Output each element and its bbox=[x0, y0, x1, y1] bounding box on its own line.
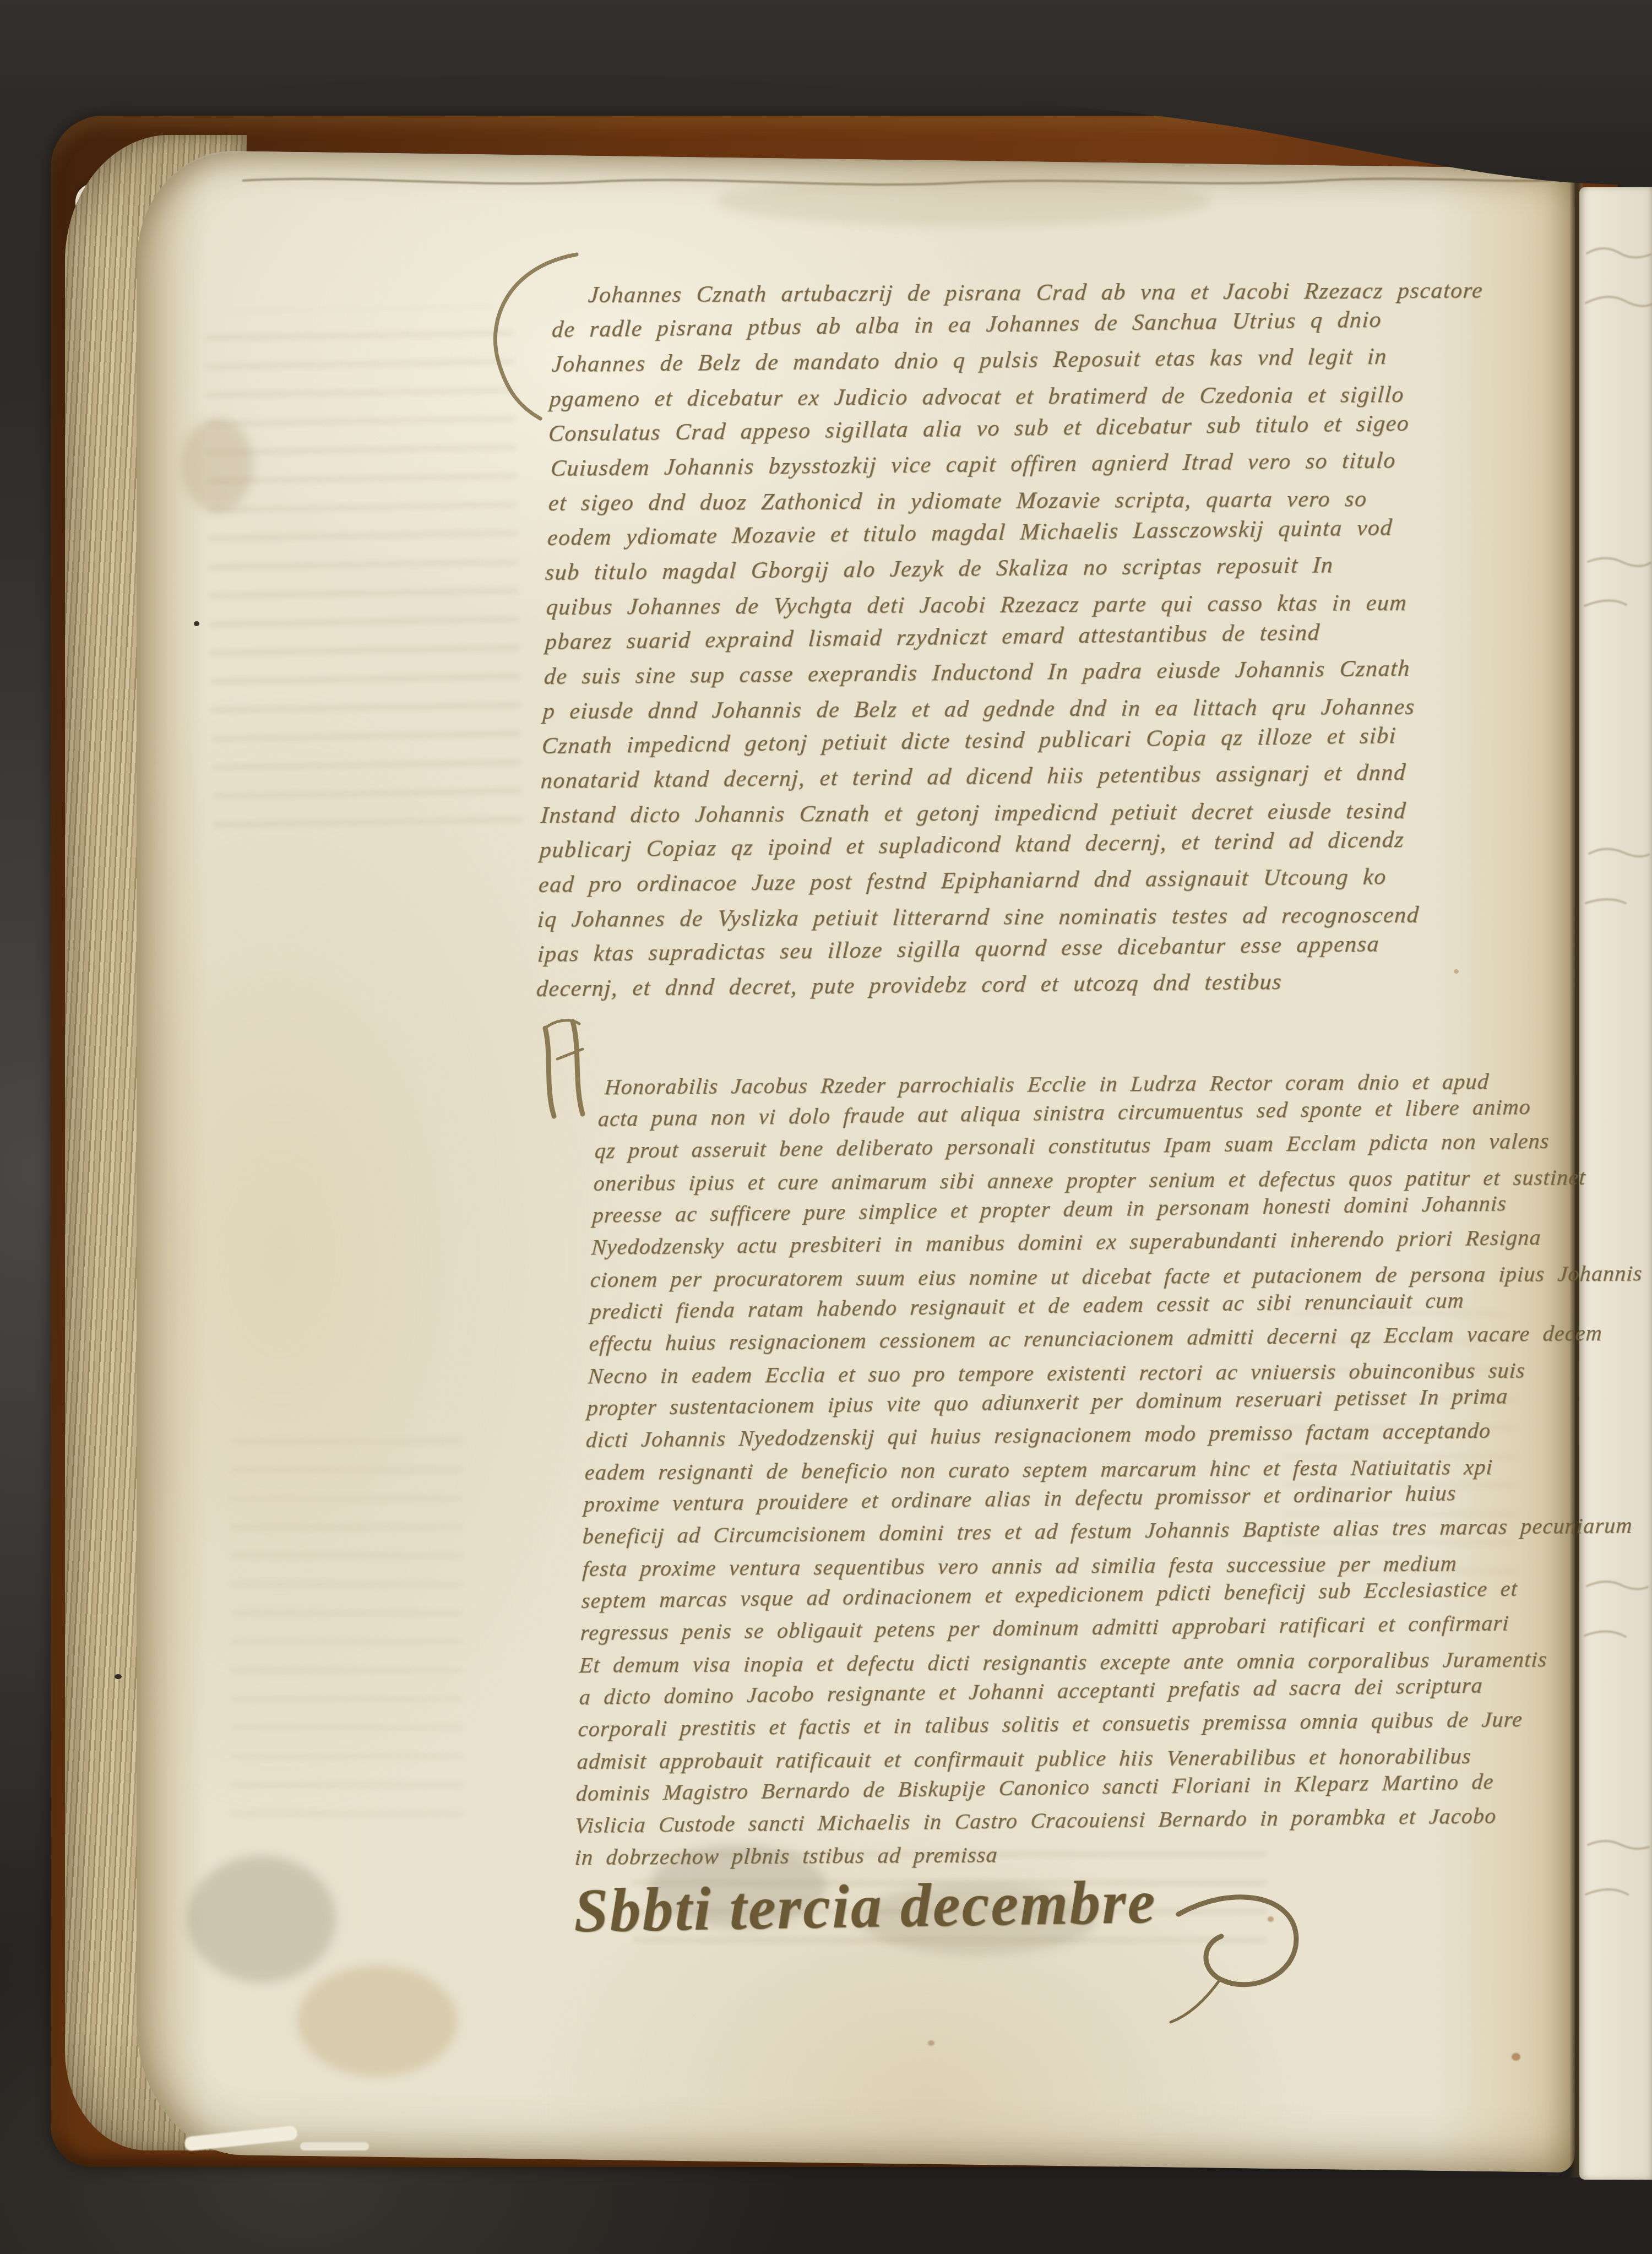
ink-speck bbox=[115, 1674, 122, 1679]
text-line: festa proxime ventura sequentibus vero a… bbox=[582, 1550, 1458, 1582]
text-line: et sigeo dnd duoz Zathonicd in ydiomate … bbox=[547, 486, 1368, 517]
date-heading: Sbbti tercia decembre bbox=[573, 1867, 1157, 1947]
ghost-showthrough-scribbles bbox=[1582, 220, 1652, 2038]
page-corner-curl bbox=[300, 2142, 369, 2150]
text-line: Johannes Cznath artubaczrij de pisrana C… bbox=[587, 277, 1483, 308]
showthrough-blot bbox=[187, 1856, 336, 1983]
foxing-dot bbox=[928, 2040, 934, 2046]
paragraph-initial-flourish bbox=[529, 1016, 600, 1123]
text-line: pgameno et dicebatur ex Judicio advocat … bbox=[548, 382, 1405, 412]
foxing-dot bbox=[1512, 2053, 1520, 2061]
text-line: p eiusde dnnd Johannis de Belz et ad ged… bbox=[542, 694, 1416, 725]
verso-showthrough bbox=[231, 1421, 463, 1839]
manuscript-photo: Johannes Cznath artubaczrij de pisrana C… bbox=[0, 0, 1652, 2254]
text-line: in dobrzechow plbnis tstibus ad premissa bbox=[574, 1842, 999, 1870]
text-line: quibus Johannes de Vychgta deti Jacobi R… bbox=[545, 590, 1408, 621]
backdrop-top-edge bbox=[0, 0, 1652, 198]
text-line: Instand dicto Johannis Cznath et getonj … bbox=[540, 798, 1407, 829]
heading-swash bbox=[1167, 1861, 1322, 2027]
text-line: Honorabilis Jacobus Rzeder parrochialis … bbox=[604, 1068, 1490, 1100]
damp-stain bbox=[297, 1966, 457, 2076]
foxing-dot bbox=[1454, 969, 1459, 974]
ink-speck bbox=[194, 621, 199, 626]
verso-showthrough bbox=[204, 306, 522, 851]
damp-stain bbox=[182, 419, 253, 512]
text-line: iq Johannes de Vyslizka petiuit litterar… bbox=[536, 902, 1420, 933]
text-line: admisit approbauit ratificauit et confir… bbox=[577, 1743, 1472, 1774]
